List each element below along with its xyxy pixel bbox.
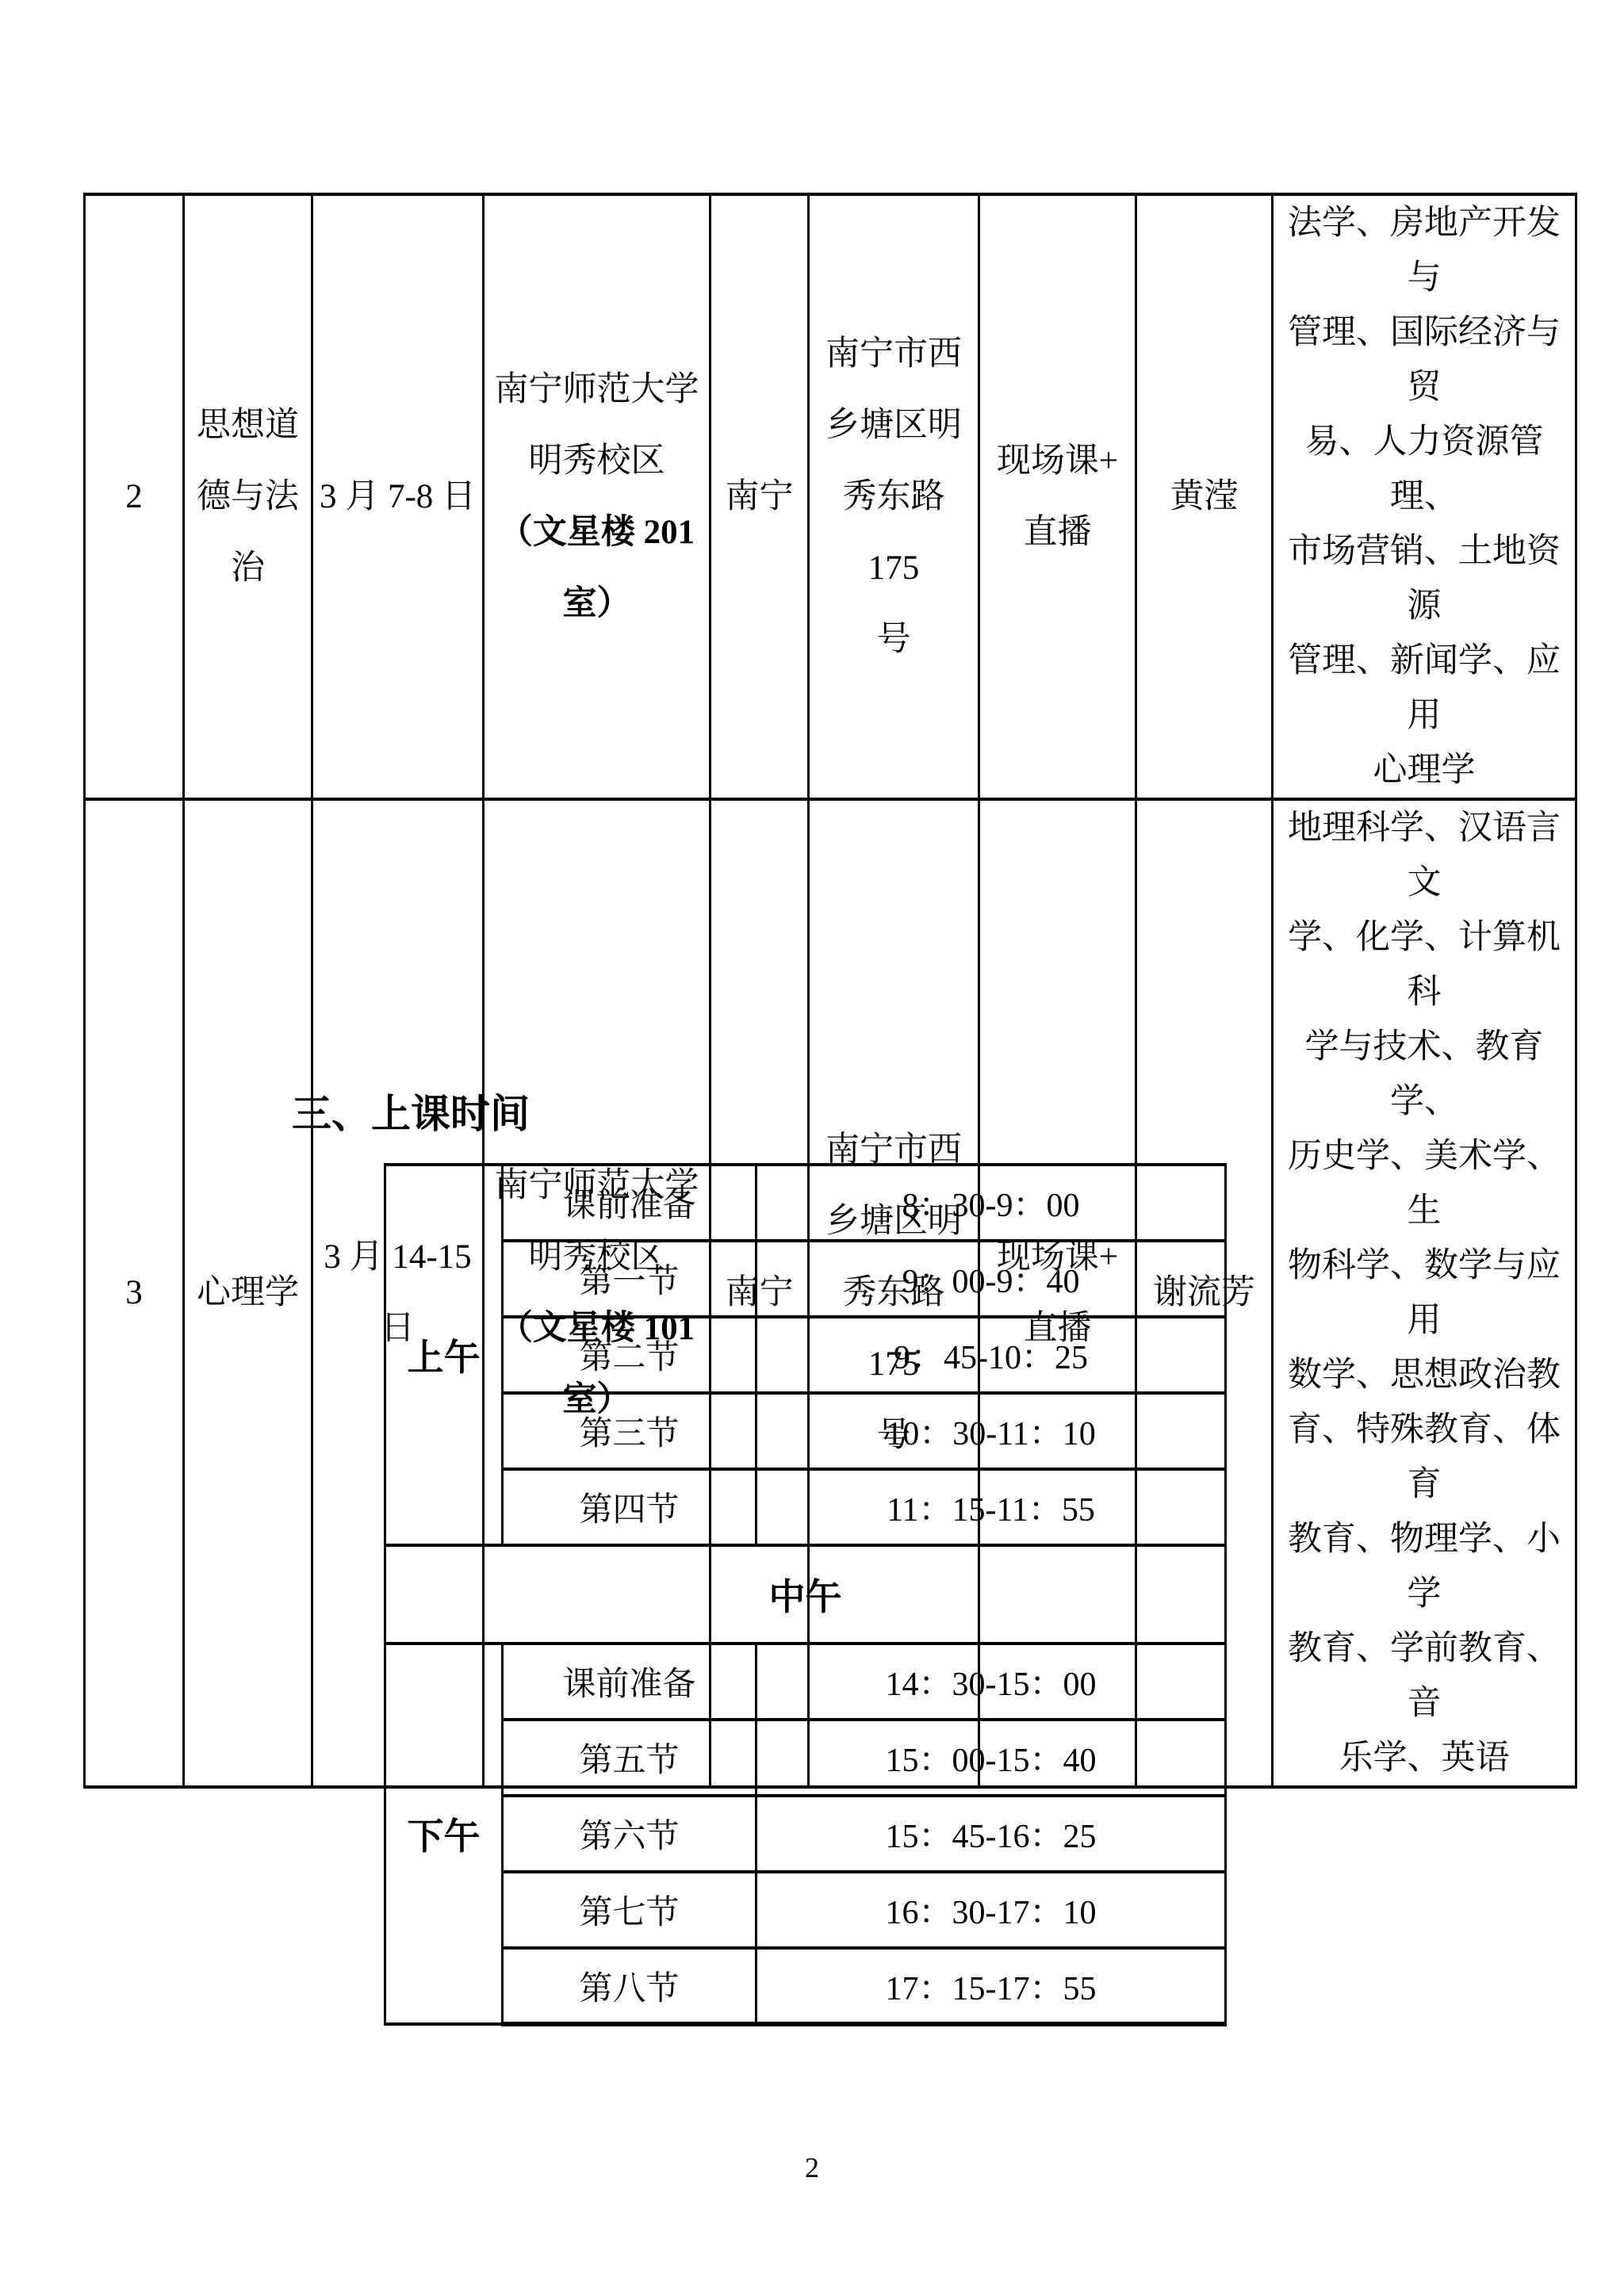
session-name-cell: 课前准备 bbox=[503, 1165, 756, 1241]
venue-room-text: （文星楼 201 室） bbox=[488, 497, 706, 640]
time-row: 第七节 16：30-17：10 bbox=[385, 1872, 1226, 1948]
time-row: 第六节 15：45-16：25 bbox=[385, 1796, 1226, 1872]
course-address-cell: 南宁市西 乡塘区明 秀东路 175 号 bbox=[809, 194, 979, 799]
course-no-cell: 2 bbox=[85, 194, 184, 799]
session-name-cell: 第二节 bbox=[503, 1317, 756, 1393]
course-venue-cell: 南宁师范大学 明秀校区 （文星楼 201 室） bbox=[484, 194, 710, 799]
course-teacher-cell: 黄滢 bbox=[1136, 194, 1273, 799]
noon-row: 中午 bbox=[385, 1545, 1226, 1644]
course-date-cell: 3 月 7-8 日 bbox=[312, 194, 484, 799]
document-page: 2 思想道 德与法 治 3 月 7-8 日 南宁师范大学 明秀校区 （文星楼 2… bbox=[0, 0, 1624, 2296]
session-time-cell: 16：30-17：10 bbox=[756, 1872, 1226, 1948]
session-time-cell: 11：15-11：55 bbox=[756, 1469, 1226, 1545]
session-name-cell: 第六节 bbox=[503, 1796, 756, 1872]
class-time-table: 上午 课前准备 8：30-9：00 第一节 9：00-9：40 第二节 9：45… bbox=[384, 1163, 1227, 2026]
session-time-cell: 15：00-15：40 bbox=[756, 1720, 1226, 1796]
session-time-cell: 9：00-9：40 bbox=[756, 1241, 1226, 1317]
time-row: 下午 课前准备 14：30-15：00 bbox=[385, 1644, 1226, 1720]
section-heading: 三、上课时间 bbox=[292, 1091, 530, 1137]
session-name-cell: 第三节 bbox=[503, 1393, 756, 1469]
course-majors-cell: 法学、房地产开发与 管理、国际经济与贸 易、人力资源管理、 市场营销、土地资源 … bbox=[1273, 194, 1576, 799]
course-city-cell: 南宁 bbox=[710, 194, 809, 799]
course-row-2: 2 思想道 德与法 治 3 月 7-8 日 南宁师范大学 明秀校区 （文星楼 2… bbox=[85, 194, 1576, 799]
session-time-cell: 17：15-17：55 bbox=[756, 1948, 1226, 2024]
session-name-cell: 第八节 bbox=[503, 1948, 756, 2024]
session-name-cell: 第五节 bbox=[503, 1720, 756, 1796]
session-name-cell: 第七节 bbox=[503, 1872, 756, 1948]
time-row: 上午 课前准备 8：30-9：00 bbox=[385, 1165, 1226, 1241]
time-row: 第五节 15：00-15：40 bbox=[385, 1720, 1226, 1796]
time-row: 第八节 17：15-17：55 bbox=[385, 1948, 1226, 2024]
course-majors-cell: 地理科学、汉语言文 学、化学、计算机科 学与技术、教育学、 历史学、美术学、生 … bbox=[1273, 799, 1576, 1787]
afternoon-label-cell: 下午 bbox=[385, 1644, 503, 2024]
session-time-cell: 14：30-15：00 bbox=[756, 1644, 1226, 1720]
time-row: 第二节 9：45-10：25 bbox=[385, 1317, 1226, 1393]
course-no-cell: 3 bbox=[85, 799, 184, 1787]
time-row: 第一节 9：00-9：40 bbox=[385, 1241, 1226, 1317]
noon-label-cell: 中午 bbox=[385, 1545, 1226, 1644]
session-name-cell: 第四节 bbox=[503, 1469, 756, 1545]
course-name-cell: 心理学 bbox=[184, 799, 312, 1787]
venue-campus-text: 南宁师范大学 明秀校区 bbox=[488, 354, 706, 497]
session-time-cell: 10：30-11：10 bbox=[756, 1393, 1226, 1469]
session-time-cell: 8：30-9：00 bbox=[756, 1165, 1226, 1241]
session-time-cell: 9：45-10：25 bbox=[756, 1317, 1226, 1393]
session-name-cell: 课前准备 bbox=[503, 1644, 756, 1720]
session-time-cell: 15：45-16：25 bbox=[756, 1796, 1226, 1872]
page-number: 2 bbox=[0, 2151, 1624, 2184]
course-format-cell: 现场课+ 直播 bbox=[979, 194, 1136, 799]
time-row: 第三节 10：30-11：10 bbox=[385, 1393, 1226, 1469]
session-name-cell: 第一节 bbox=[503, 1241, 756, 1317]
course-name-cell: 思想道 德与法 治 bbox=[184, 194, 312, 799]
morning-label-cell: 上午 bbox=[385, 1165, 503, 1545]
time-row: 第四节 11：15-11：55 bbox=[385, 1469, 1226, 1545]
